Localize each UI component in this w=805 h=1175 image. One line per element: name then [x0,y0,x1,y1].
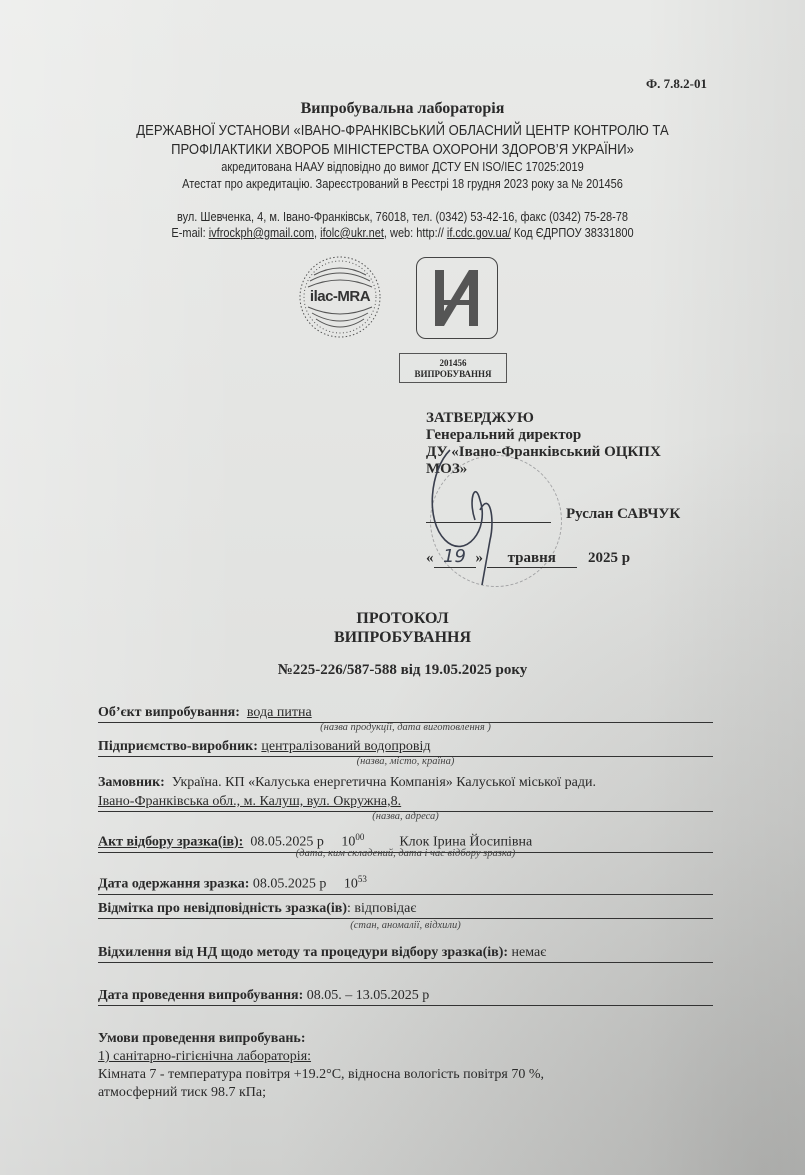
sampling-time-minutes: 00 [355,832,364,842]
producer-label: Підприємство-виробник: [98,739,258,754]
protocol-title-line-2: ВИПРОБУВАННЯ [0,628,805,647]
field-received-date: Дата одержання зразка: 08.05.2025 р 1053 [98,870,713,895]
contacts-line: E-mail: ivfrockph@gmail.com, ifolc@ukr.n… [48,226,756,240]
accreditation-text: акредитована НААУ відповідно до вимог ДС… [48,160,756,174]
naau-logo [416,257,498,339]
customer-line-2: Івано-Франківська обл., м. Калуш, вул. О… [98,794,401,809]
organization-line-1: ДЕРЖАВНОЇ УСТАНОВИ «ІВАНО-ФРАНКІВСЬКИЙ О… [40,122,765,141]
field-producer: Підприємство-виробник: централізований в… [98,738,713,757]
field-customer: Замовник: Україна. КП «Калуська енергети… [98,774,718,792]
form-code: Ф. 7.8.2-01 [646,76,707,92]
test-dates-value: 08.05. – 13.05.2025 р [307,988,430,1003]
email-link-1[interactable]: ivfrockph@gmail.com [209,226,314,240]
organization-name: ДЕРЖАВНОЇ УСТАНОВИ «ІВАНО-ФРАНКІВСЬКИЙ О… [40,122,765,160]
address-text: вул. Шевченка, 4, м. Івано-Франківськ, 7… [48,210,756,224]
nonconformity-label: Відмітка про невідповідність зразка(ів) [98,901,347,916]
sampling-hint: (дата, ким складений, дата і час відбору… [98,848,713,859]
conditions-line-1: Кімната 7 - температура повітря +19.2°С,… [98,1066,718,1084]
customer-label: Замовник: [98,775,165,790]
test-dates-label: Дата проведення випробування: [98,988,303,1003]
field-test-dates: Дата проведення випробування: 08.05. – 1… [98,987,713,1006]
handwritten-signature [420,430,560,590]
web-link[interactable]: if.cdc.gov.ua/ [447,226,511,240]
protocol-title: ПРОТОКОЛ ВИПРОБУВАННЯ [0,609,805,647]
organization-line-2: ПРОФІЛАКТИКИ ХВОРОБ МІНІСТЕРСТВА ОХОРОНИ… [40,141,765,160]
nonconformity-hint: (стан, аномалії, відхили) [98,920,713,931]
accreditation-stamp-box: 201456 ВИПРОБУВАННЯ [399,353,507,383]
deviation-value: немає [512,945,547,960]
producer-hint: (назва, місто, країна) [98,756,713,767]
web-label: , web: http:// [384,226,447,240]
test-object-label: Об’єкт випробування: [98,705,240,720]
test-object-hint: (назва продукції, дата виготовлення ) [98,722,713,733]
stamp-label: ВИПРОБУВАННЯ [400,369,506,380]
field-test-object: Об’єкт випробування: вода питна [98,704,713,723]
field-customer-address: Івано-Франківська обл., м. Калуш, вул. О… [98,793,713,812]
protocol-title-line-1: ПРОТОКОЛ [0,609,805,628]
attestat-text: Атестат про акредитацію. Зареєстрований … [48,177,756,191]
deviation-label: Відхилення від НД щодо методу та процеду… [98,945,508,960]
protocol-number: №225-226/587-588 від 19.05.2025 року [0,662,805,679]
conditions-section: Умови проведення випробувань: 1) санітар… [98,1030,718,1102]
received-time-minutes: 53 [358,874,367,884]
received-time-hour: 10 [344,877,358,892]
approval-heading: ЗАТВЕРДЖУЮ [426,410,661,427]
conditions-lab: 1) санітарно-гігієнічна лабораторія: [98,1048,718,1066]
conditions-line-2: атмосферний тиск 98.7 кПа; [98,1084,718,1102]
conditions-heading: Умови проведення випробувань: [98,1031,306,1046]
lab-title: Випробувальна лабораторія [0,100,805,118]
producer-value: централізований водопровід [261,739,430,754]
stamp-number: 201456 [400,358,506,369]
nonconformity-value: : відповідає [347,901,416,916]
ilac-mra-text: ilac-MRA [294,288,386,305]
naau-emblem-icon [417,258,497,338]
signer-name: Руслан САВЧУК [566,506,680,523]
email-label: E-mail: [171,226,208,240]
received-label: Дата одержання зразка: [98,877,249,892]
approval-year: 2025 р [588,550,630,566]
field-deviation: Відхилення від НД щодо методу та процеду… [98,944,713,963]
customer-hint: (назва, адреса) [98,811,713,822]
test-object-value: вода питна [247,705,312,720]
ilac-mra-logo: ilac-MRA [298,255,382,339]
edrpou-code: Код ЄДРПОУ 38331800 [511,226,634,240]
field-nonconformity: Відмітка про невідповідність зразка(ів):… [98,900,713,919]
received-date: 08.05.2025 р [253,877,327,892]
customer-line-1: Україна. КП «Калуська енергетична Компан… [172,775,596,790]
email-link-2[interactable]: ifolc@ukr.net [320,226,384,240]
